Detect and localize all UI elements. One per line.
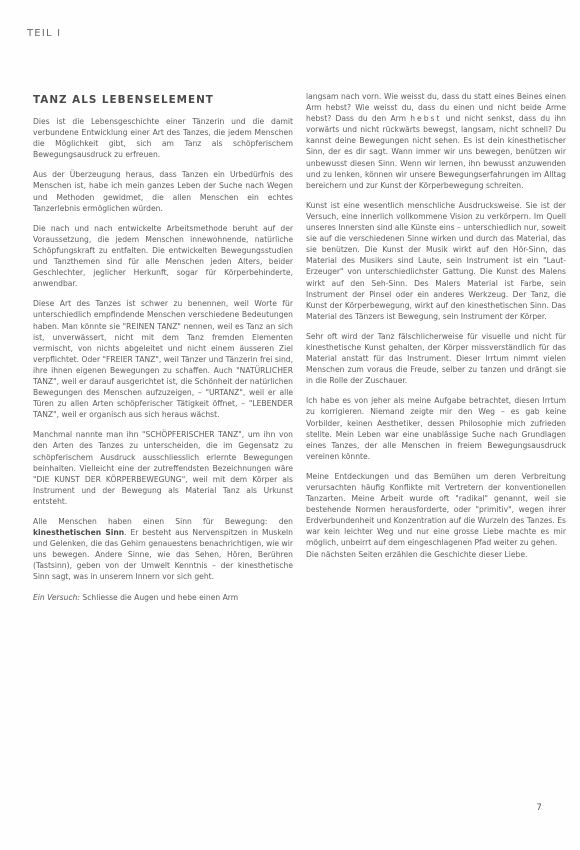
paragraph: Kunst ist eine wesentlich menschliche Au…: [306, 200, 566, 322]
paragraph: Ein Versuch: Schliesse die Augen und heb…: [33, 592, 293, 603]
paragraph-text: Schliesse die Augen und hebe einen Arm: [80, 593, 238, 602]
paragraph-text: und nicht senkst, dass du ihn vorwärts u…: [306, 114, 566, 190]
paragraph: Meine Entdeckungen und das Bemühen um de…: [306, 471, 566, 549]
left-column: TANZ ALS LEBENSELEMENT Dies ist die Lebe…: [33, 94, 293, 612]
paragraph: langsam nach vorn. Wie weisst du, dass d…: [306, 91, 566, 191]
paragraph: Sehr oft wird der Tanz fälschlicherweise…: [306, 331, 566, 386]
paragraph: Die nächsten Seiten erzählen die Geschic…: [306, 549, 566, 560]
paragraph-text: Alle Menschen haben einen Sinn für Beweg…: [33, 517, 293, 526]
paragraph: Manchmal nannte man ihn "SCHÖPFERISCHER …: [33, 429, 293, 507]
chapter-title: TANZ ALS LEBENSELEMENT: [33, 94, 293, 106]
part-header: TEIL I: [27, 28, 61, 39]
paragraph: Diese Art des Tanzes ist schwer zu benen…: [33, 298, 293, 420]
paragraph: Ich habe es von jeher als meine Aufgabe …: [306, 395, 566, 462]
spaced-emphasis: hebst: [410, 114, 441, 123]
paragraph: Aus der Überzeugung heraus, dass Tanzen …: [33, 169, 293, 213]
paragraph: Dies ist die Lebensgeschichte einer Tänz…: [33, 116, 293, 160]
page-number: 7: [536, 803, 542, 813]
emphasized-term: kinesthetischen Sinn: [33, 528, 124, 537]
italic-label: Ein Versuch:: [33, 593, 80, 602]
right-column: langsam nach vorn. Wie weisst du, dass d…: [306, 91, 566, 569]
paragraph: Die nach und nach entwickelte Arbeitsmet…: [33, 223, 293, 290]
book-page: TEIL I TANZ ALS LEBENSELEMENT Dies ist d…: [0, 0, 580, 850]
paragraph: Alle Menschen haben einen Sinn für Beweg…: [33, 516, 293, 583]
